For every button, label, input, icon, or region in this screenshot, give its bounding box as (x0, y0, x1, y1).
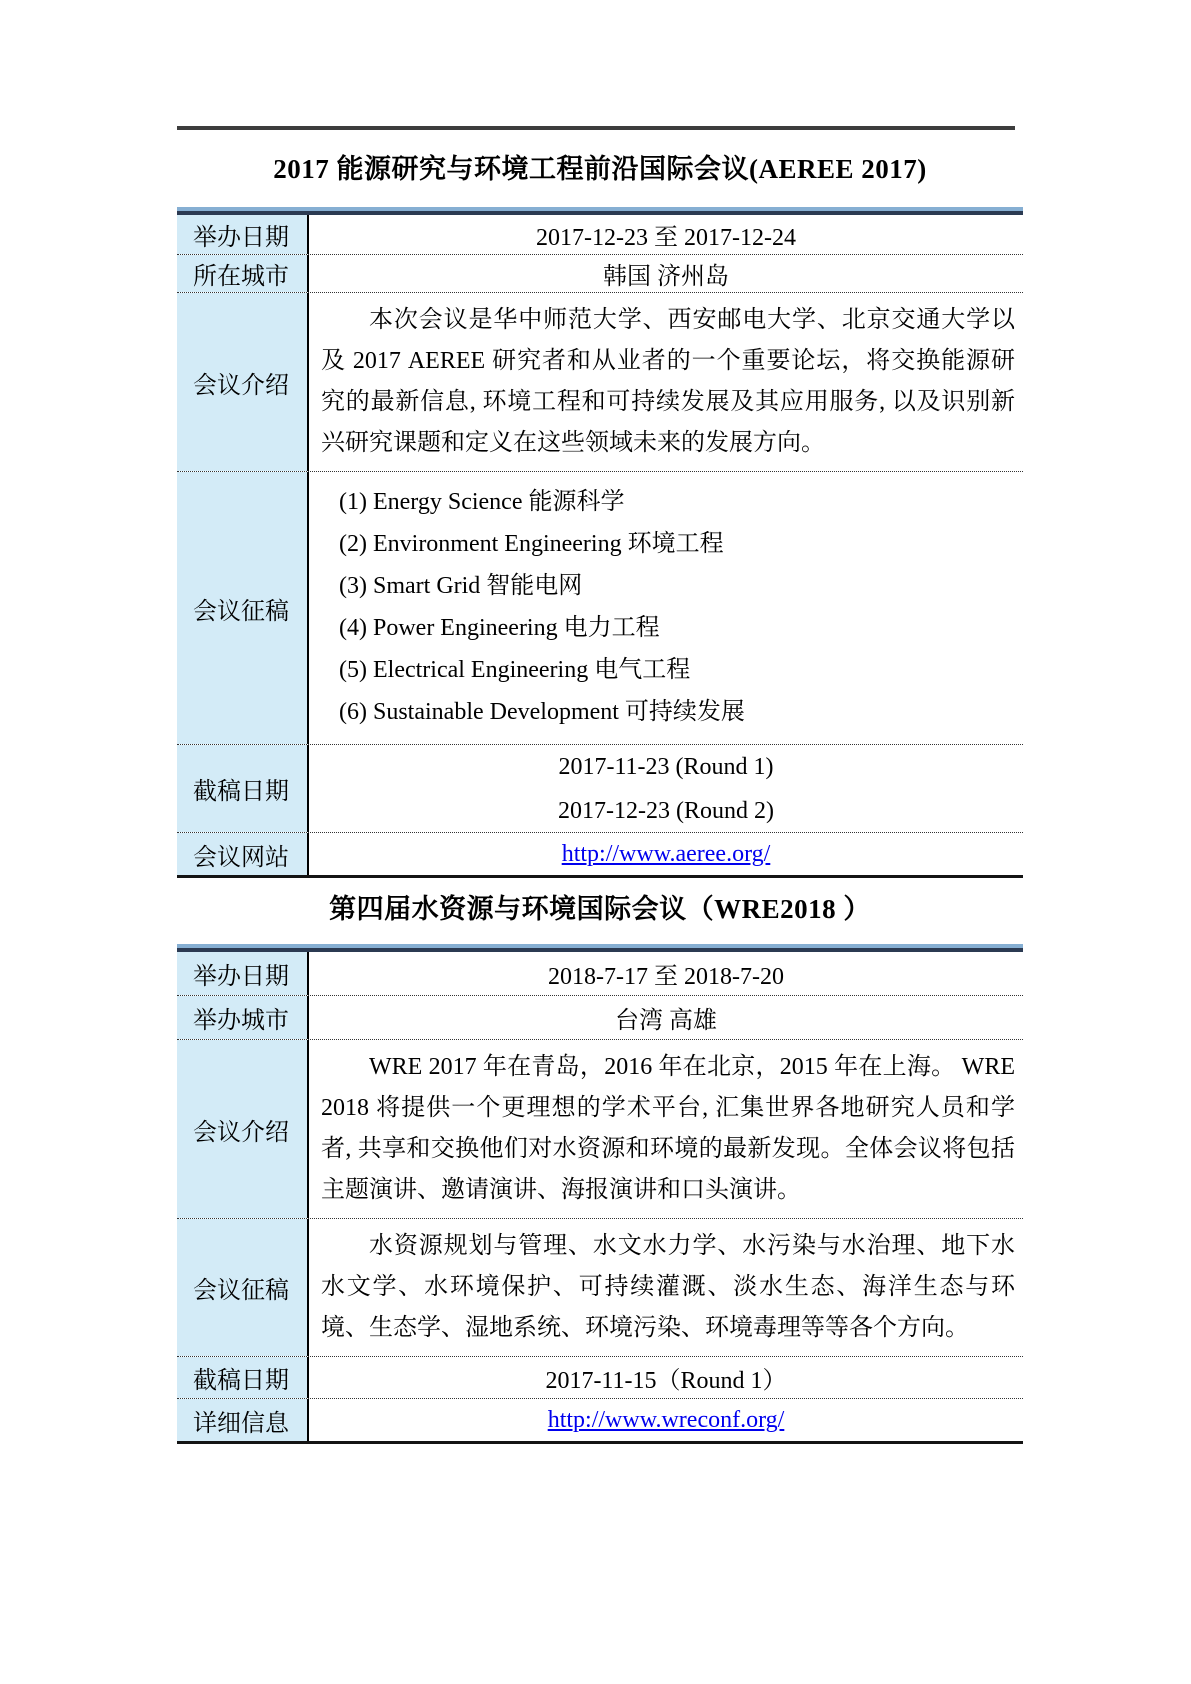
conference-1-title: 2017 能源研究与环境工程前沿国际会议(AEREE 2017) (177, 151, 1023, 187)
row-label: 会议介绍 (177, 1040, 309, 1218)
row-intro: 会议介绍 WRE 2017 年在青岛，2016 年在北京，2015 年在上海。 … (177, 1040, 1023, 1219)
topics-list: (1) Energy Science 能源科学 (2) Environment … (309, 472, 1023, 744)
deadline-round-1: 2017-11-23 (Round 1) (558, 745, 773, 789)
row-label: 举办日期 (177, 952, 309, 995)
topic-item: (2) Environment Engineering 环境工程 (339, 523, 1023, 565)
deadline-values: 2017-11-23 (Round 1) 2017-12-23 (Round 2… (309, 745, 1023, 832)
row-host-city: 举办城市 台湾 高雄 (177, 996, 1023, 1040)
row-call-for-papers: 会议征稿 (1) Energy Science 能源科学 (2) Environ… (177, 472, 1023, 745)
intro-text: 本次会议是华中师范大学、西安邮电大学、北京交通大学以及 2017 AEREE 研… (309, 293, 1023, 471)
row-call-for-papers: 会议征稿 水资源规划与管理、水文水力学、水污染与水治理、地下水水文学、水环境保护… (177, 1219, 1023, 1357)
row-website: 详细信息 http://www.wreconf.org/ (177, 1399, 1023, 1441)
host-city-value: 韩国 济州岛 (603, 256, 729, 291)
host-city-value: 台湾 高雄 (615, 1000, 717, 1035)
conference-2-website-link[interactable]: http://www.wreconf.org/ (548, 1407, 785, 1434)
topic-item: (5) Electrical Engineering 电气工程 (339, 649, 1023, 691)
header-rule (177, 126, 1015, 130)
row-label: 举办城市 (177, 996, 309, 1039)
conference-1-website-link[interactable]: http://www.aeree.org/ (562, 841, 771, 868)
topic-item: (3) Smart Grid 智能电网 (339, 565, 1023, 607)
row-label: 详细信息 (177, 1399, 309, 1441)
row-label: 会议介绍 (177, 293, 309, 471)
deadline-round-2: 2017-12-23 (Round 2) (558, 789, 774, 833)
host-date-value: 2018-7-17 至 2018-7-20 (548, 956, 784, 991)
row-intro: 会议介绍 本次会议是华中师范大学、西安邮电大学、北京交通大学以及 2017 AE… (177, 293, 1023, 472)
topic-item: (6) Sustainable Development 可持续发展 (339, 691, 1023, 733)
document-page: 2017 能源研究与环境工程前沿国际会议(AEREE 2017) 举办日期 20… (0, 0, 1191, 1684)
row-host-date: 举办日期 2017-12-23 至 2017-12-24 (177, 215, 1023, 255)
row-label: 举办日期 (177, 215, 309, 254)
row-label: 截稿日期 (177, 1357, 309, 1398)
row-label: 所在城市 (177, 255, 309, 292)
host-date-value: 2017-12-23 至 2017-12-24 (536, 217, 796, 252)
row-host-date: 举办日期 2018-7-17 至 2018-7-20 (177, 952, 1023, 996)
row-label: 会议征稿 (177, 1219, 309, 1356)
conference-1-table: 举办日期 2017-12-23 至 2017-12-24 所在城市 韩国 济州岛… (177, 207, 1023, 878)
conference-2-title: 第四届水资源与环境国际会议（WRE2018 ） (177, 891, 1023, 927)
row-label: 会议征稿 (177, 472, 309, 744)
row-label: 会议网站 (177, 833, 309, 875)
row-host-city: 所在城市 韩国 济州岛 (177, 255, 1023, 293)
deadline-round-1: 2017-11-15（Round 1） (545, 1360, 786, 1395)
row-label: 截稿日期 (177, 745, 309, 832)
row-deadline: 截稿日期 2017-11-15（Round 1） (177, 1357, 1023, 1399)
conference-2-table: 举办日期 2018-7-17 至 2018-7-20 举办城市 台湾 高雄 会议… (177, 944, 1023, 1444)
row-website: 会议网站 http://www.aeree.org/ (177, 833, 1023, 875)
topics-text: 水资源规划与管理、水文水力学、水污染与水治理、地下水水文学、水环境保护、可持续灌… (309, 1219, 1023, 1356)
page-content: 2017 能源研究与环境工程前沿国际会议(AEREE 2017) 举办日期 20… (177, 0, 1023, 1444)
row-deadline: 截稿日期 2017-11-23 (Round 1) 2017-12-23 (Ro… (177, 745, 1023, 833)
topic-item: (1) Energy Science 能源科学 (339, 481, 1023, 523)
intro-text: WRE 2017 年在青岛，2016 年在北京，2015 年在上海。 WRE 2… (309, 1040, 1023, 1218)
topic-item: (4) Power Engineering 电力工程 (339, 607, 1023, 649)
